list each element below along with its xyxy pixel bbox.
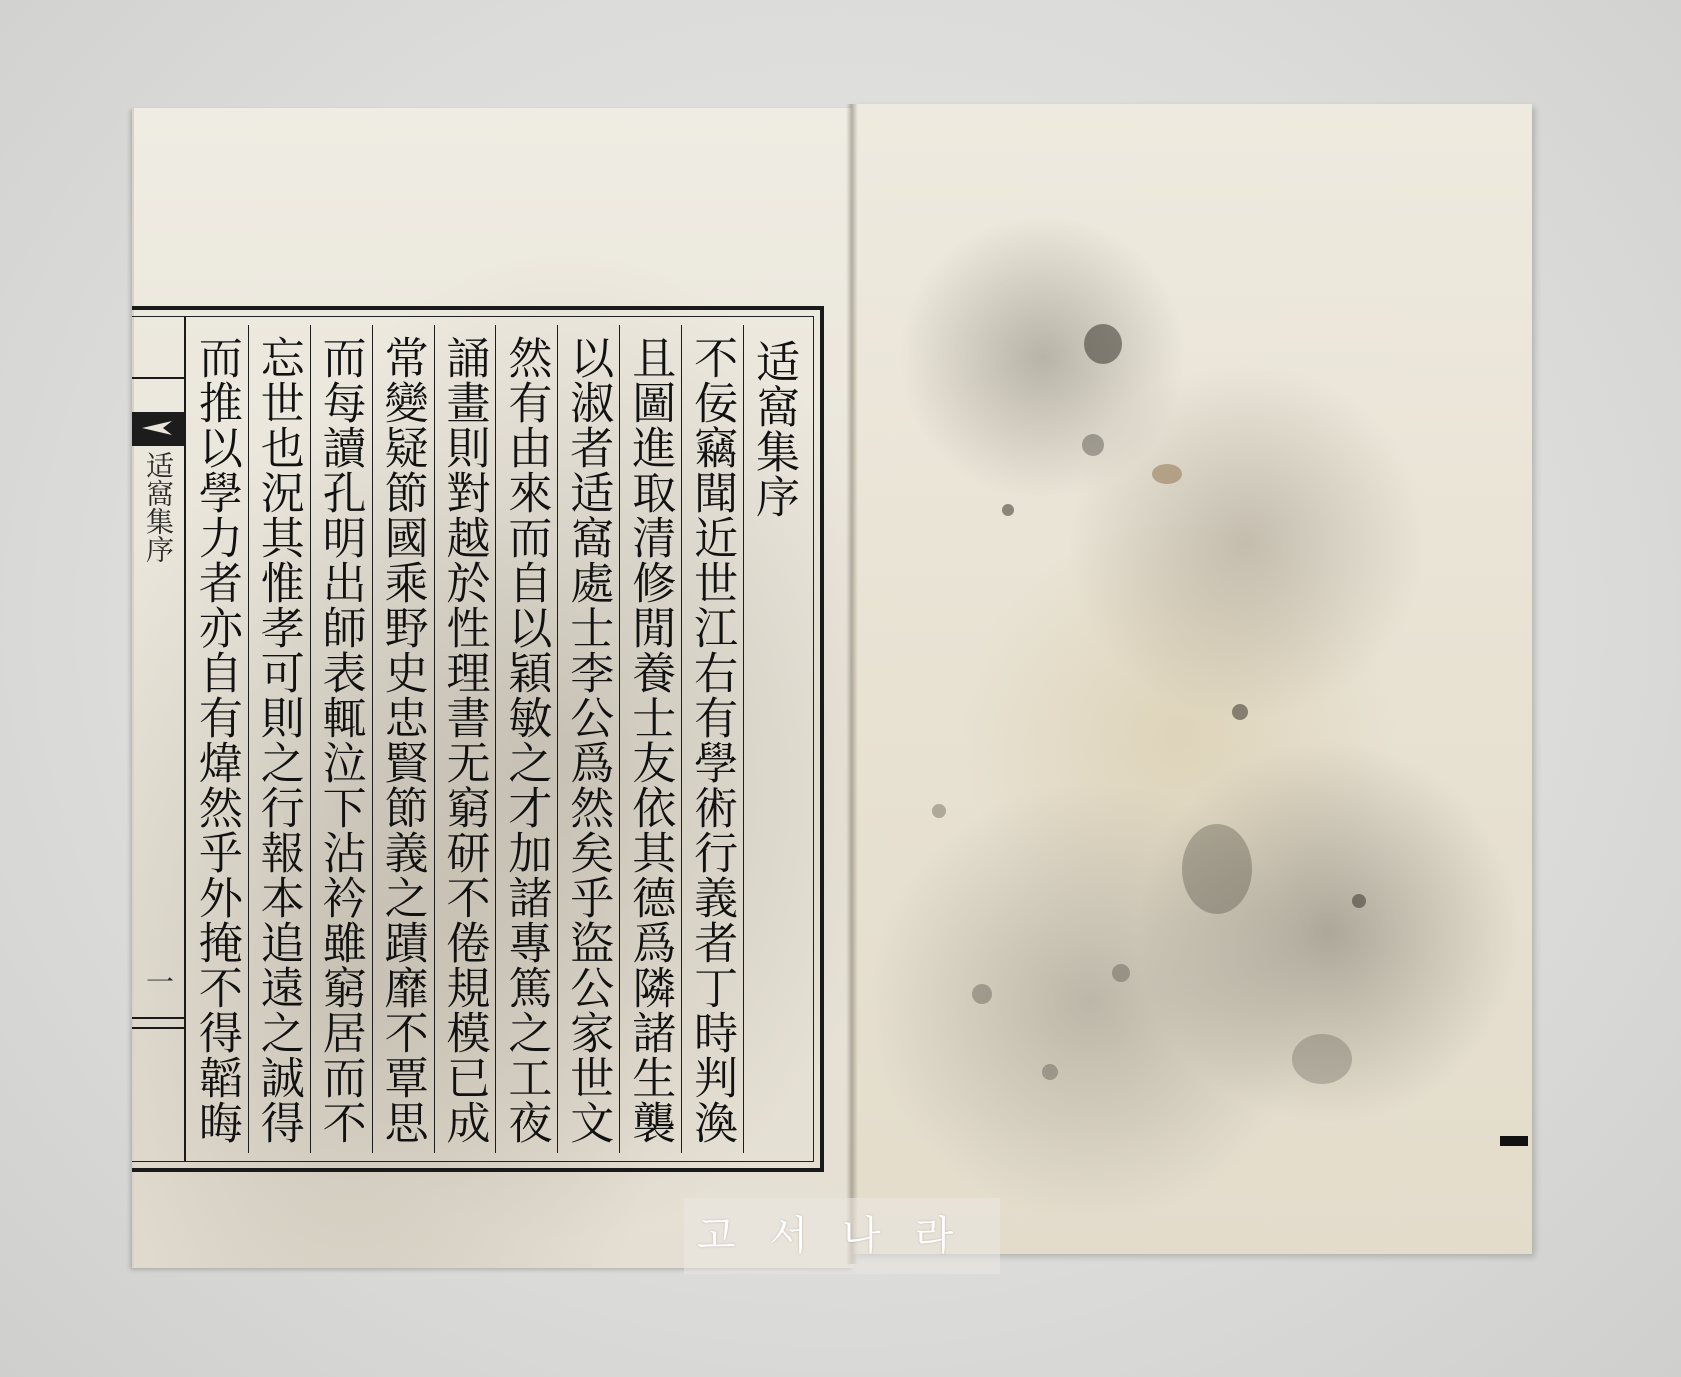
stain-spot [1042,1064,1058,1080]
text-column: 而每讀孔明出師表輒泣下沾衿雖窮居而不果於 [310,325,372,1153]
stain-spot [972,984,992,1004]
text-column: 而推以學力者亦自有煒然乎外掩不得韜晦之中 [186,325,248,1153]
watermark: 고서나라 [684,1198,1000,1274]
fold-margin-title: 适窩集序 [138,451,178,563]
stain-spot [1182,824,1252,914]
text-column: 然有由來而自以穎敏之才加諸專篤之工夜必莊 [495,325,557,1153]
printed-frame-inner: 适窩集序 一 适窩集序 不佞竊聞近世江右有學術行義者丁時判渙不苟 且圖進取清修閒… [132,316,814,1162]
stain-spot [932,804,946,818]
text-column: 忘世也況其惟孝可則之行報本追遠之誠得於天 [248,325,310,1153]
stain-spot [1352,894,1366,908]
text-column: 不佞竊聞近世江右有學術行義者丁時判渙不苟 [681,325,743,1153]
fold-margin-line [132,377,184,379]
stain-spot [1232,704,1248,720]
page-edge-mark [1500,1136,1528,1146]
stain-spot [1112,964,1130,982]
preface-title: 适窩集序 [743,325,805,1153]
fold-margin-page-number: 一 [138,967,178,995]
text-column: 且圖進取清修閒養士友依其德爲隣諸生襲其教 [619,325,681,1153]
right-page [852,104,1532,1254]
fold-margin-line [132,1017,184,1019]
fold-margin: 适窩集序 一 [132,317,186,1161]
text-column: 常變疑節國乘野史忠賢節義之蹟靡不覃思旁貫 [372,325,434,1153]
fold-margin-line [132,1027,184,1029]
book-gutter [846,104,858,1264]
text-column: 誦畫則對越於性理書无窮研不倦規模已成迤及 [434,325,496,1153]
fishtail-mark-icon [132,412,184,446]
book-spread: 适窩集序 一 适窩集序 不佞竊聞近世江右有學術行義者丁時判渙不苟 且圖進取清修閒… [0,0,1681,1377]
printed-frame: 适窩集序 一 适窩集序 不佞竊聞近世江右有學術行義者丁時判渙不苟 且圖進取清修閒… [132,306,824,1172]
stain-spot [1082,434,1104,456]
stain-spot [1002,504,1014,516]
stain-spot [1292,1034,1352,1084]
text-columns: 适窩集序 不佞竊聞近世江右有學術行義者丁時判渙不苟 且圖進取清修閒養士友依其德爲… [186,325,805,1153]
stain-spot [1084,324,1122,364]
stain-spot [1152,464,1182,484]
text-column: 以淑者适窩處士李公爲然矣乎盜公家世文獻暾 [557,325,619,1153]
